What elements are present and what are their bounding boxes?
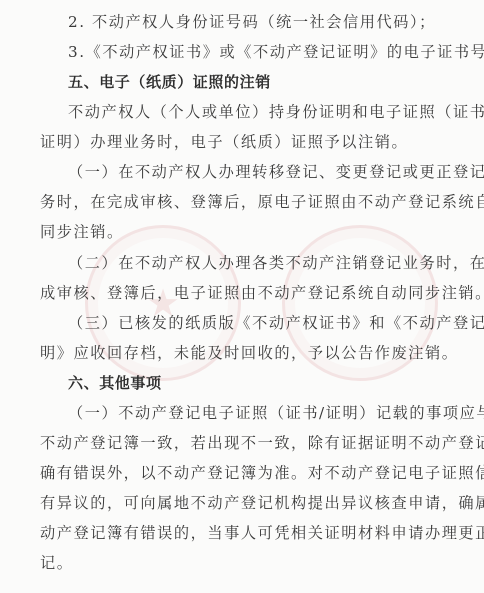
list-item-certificate-number: 3.《不动产权证书》或《不动产登记证明》的电子证书号。 — [68, 42, 444, 62]
paragraph-line: 务时，在完成审核、登簿后，原电子证照由不动产登记系统自动 — [40, 192, 444, 212]
list-item-id-number: 2. 不动产权人身份证号码（统一社会信用代码）； — [68, 12, 444, 32]
section-heading-other-matters: 六、其他事项 — [68, 373, 444, 393]
paragraph-line: 明》应收回存档，未能及时回收的，予以公告作废注销。 — [40, 343, 444, 363]
paragraph-line: 有异议的，可向属地不动产登记机构提出异议核查申请，确属不 — [40, 493, 444, 513]
paragraph-line: 证明）办理业务时，电子（纸质）证照予以注销。 — [40, 132, 444, 152]
paragraph-line: （一）在不动产权人办理转移登记、变更登记或更正登记业 — [68, 162, 444, 182]
paragraph-line: 动产登记簿有错误的，当事人可凭相关证明材料申请办理更正登 — [40, 523, 444, 543]
section-heading-cancellation: 五、电子（纸质）证照的注销 — [68, 72, 444, 92]
paragraph-line: 同步注销。 — [40, 222, 444, 242]
paragraph-line: 不动产权人（个人或单位）持身份证明和电子证照（证书/ — [68, 102, 444, 122]
paragraph-line: 成审核、登簿后，电子证照由不动产登记系统自动同步注销。 — [40, 283, 444, 303]
paragraph-line: 确有错误外，以不动产登记簿为准。对不动产登记电子证照信息 — [40, 463, 444, 483]
paragraph-line: 不动产登记簿一致，若出现不一致，除有证据证明不动产登记簿 — [40, 433, 444, 453]
paragraph-line: 记。 — [40, 553, 444, 573]
document-page: ★ 2. 不动产权人身份证号码（统一社会信用代码）； 3.《不动产权证书》或《不… — [0, 0, 484, 593]
paragraph-line: （三）已核发的纸质版《不动产权证书》和《不动产登记证 — [68, 313, 444, 333]
paragraph-line: （一）不动产登记电子证照（证书/证明）记载的事项应与 — [68, 403, 444, 423]
paragraph-line: （二）在不动产权人办理各类不动产注销登记业务时，在完 — [68, 253, 444, 273]
